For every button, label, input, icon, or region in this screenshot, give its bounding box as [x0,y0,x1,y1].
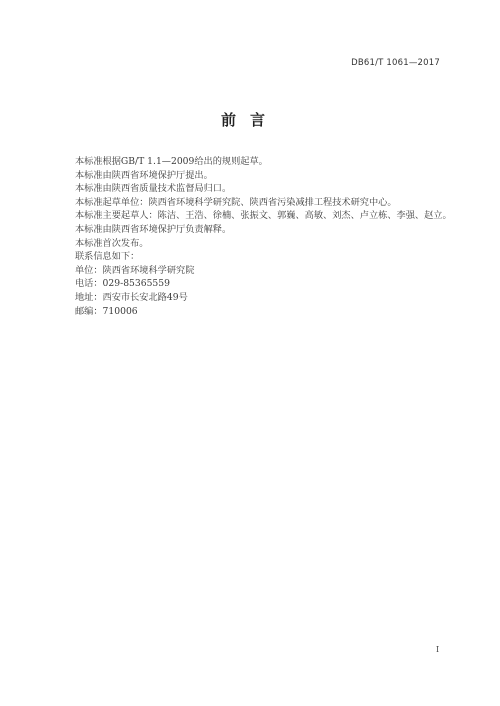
page-title: 前言 [0,109,500,130]
paragraph-administrator: 本标准由陕西省质量技术监督局归口。 [75,182,455,196]
contact-phone: 电话：029-85365559 [75,277,455,291]
contact-unit: 单位：陕西省环境科学研究院 [75,264,455,278]
paragraph-drafting-rules: 本标准根据GB/T 1.1—2009给出的规则起草。 [75,155,455,169]
contact-heading: 联系信息如下： [75,250,455,264]
paragraph-drafters: 本标准主要起草人：陈洁、王浩、徐楠、张振文、郭巍、高敏、刘杰、卢立栋、李强、赵立… [75,209,455,223]
paragraph-interpretation: 本标准由陕西省环境保护厅负责解释。 [75,223,455,237]
page-number: I [436,645,439,654]
foreword-body: 本标准根据GB/T 1.1—2009给出的规则起草。 本标准由陕西省环境保护厅提… [75,155,455,318]
paragraph-proposer: 本标准由陕西省环境保护厅提出。 [75,169,455,183]
contact-address: 地址：西安市长安北路49号 [75,291,455,305]
standard-code: DB61/T 1061—2017 [351,58,440,68]
contact-postcode: 邮编：710006 [75,305,455,319]
paragraph-drafting-units: 本标准起草单位：陕西省环境科学研究院、陕西省污染减排工程技术研究中心。 [75,196,455,210]
paragraph-first-release: 本标准首次发布。 [75,237,455,251]
